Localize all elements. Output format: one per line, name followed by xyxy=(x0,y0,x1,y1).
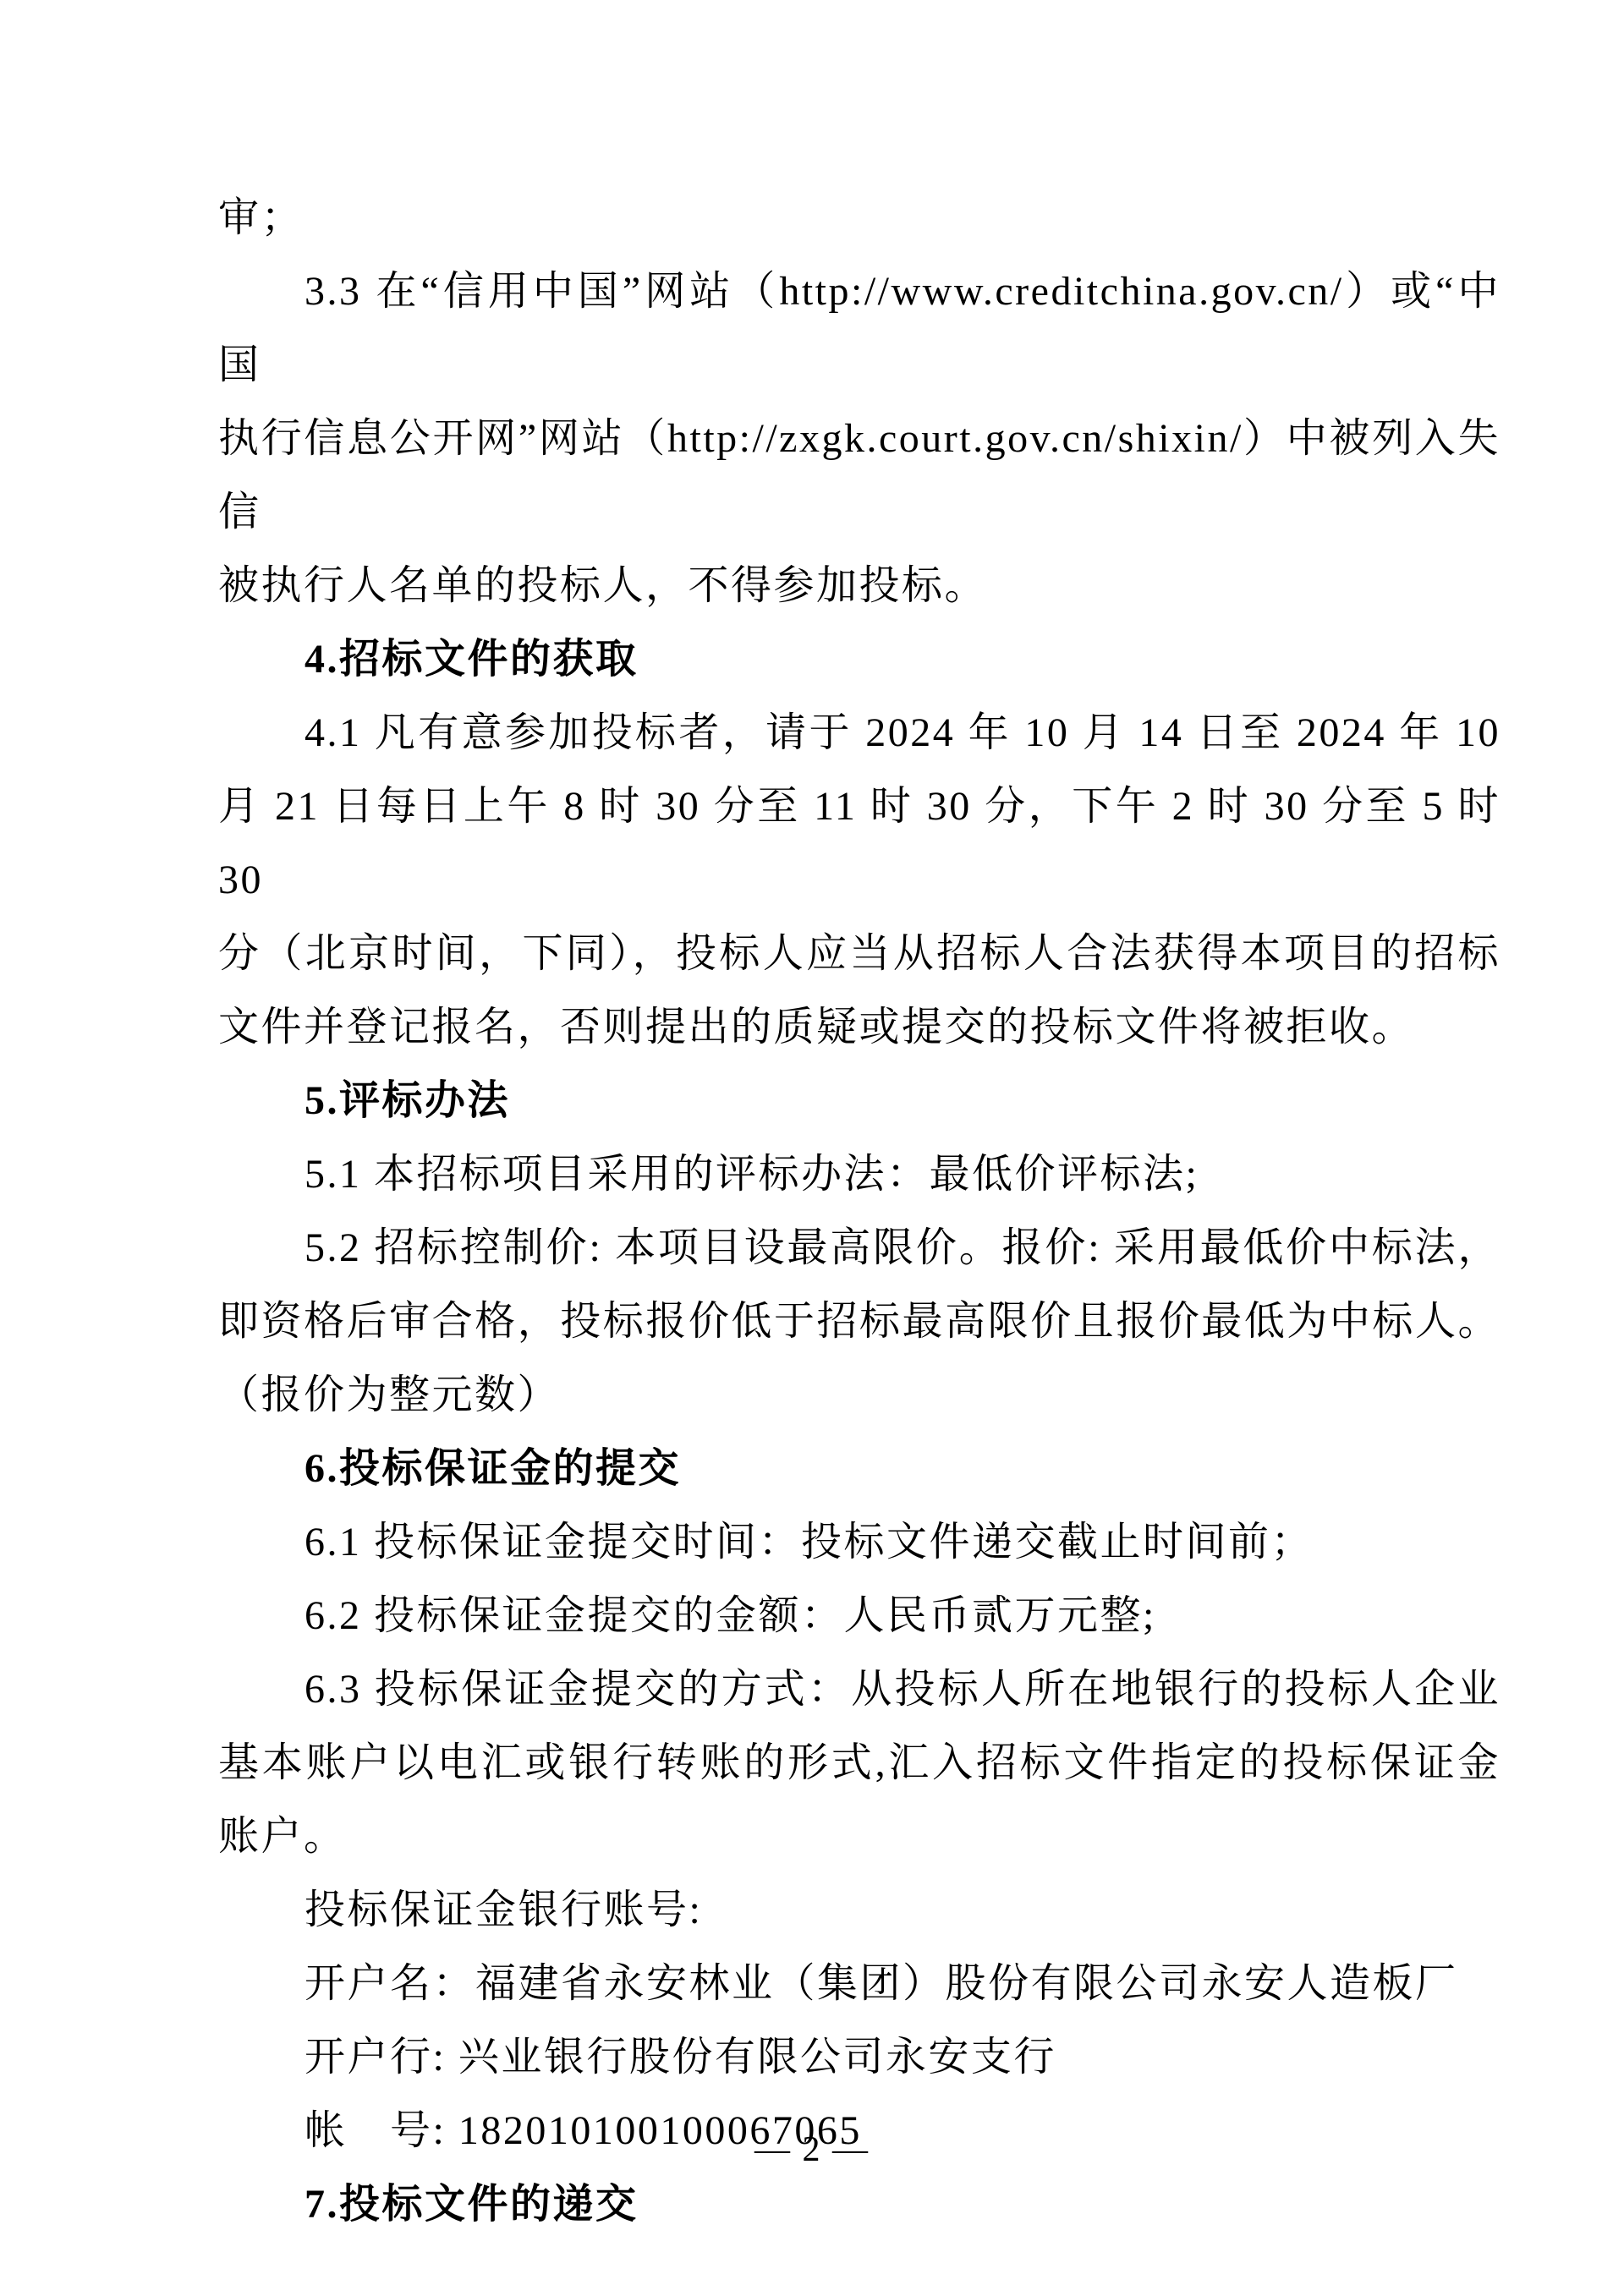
text-line: 执行信息公开网”网站（http://zxgk.court.gov.cn/shix… xyxy=(218,402,1501,549)
text-line: 6.2 投标保证金提交的金额：人民币贰万元整; xyxy=(218,1579,1501,1652)
text-line: 审； xyxy=(218,181,1501,255)
page-number: — 2 — xyxy=(0,2124,1624,2175)
text-line: 5.1 本招标项目采用的评标办法：最低价评标法; xyxy=(218,1137,1501,1211)
text-line: 3.3 在“信用中国”网站（http://www.creditchina.gov… xyxy=(218,255,1501,402)
text-line: 6.1 投标保证金提交时间：投标文件递交截止时间前； xyxy=(218,1505,1501,1579)
text-line: 分（北京时间，下同），投标人应当从招标人合法获得本项目的招标 xyxy=(218,917,1501,990)
text-line: （报价为整元数） xyxy=(218,1358,1501,1432)
text-line: 4.1 凡有意参加投标者，请于 2024 年 10 月 14 日至 2024 年… xyxy=(218,696,1501,770)
text-line: 即资格后审合格，投标报价低于招标最高限价且报价最低为中标人。 xyxy=(218,1285,1501,1358)
text-line: 开户行: 兴业银行股份有限公司永安支行 xyxy=(218,2020,1501,2094)
section-heading: 4.招标文件的获取 xyxy=(218,622,1501,696)
text-line: 基本账户以电汇或银行转账的形式,汇入招标文件指定的投标保证金 xyxy=(218,1726,1501,1800)
text-line: 账户。 xyxy=(218,1800,1501,1873)
text-line: 投标保证金银行账号: xyxy=(218,1873,1501,1947)
section-heading: 7.投标文件的递交 xyxy=(218,2167,1501,2241)
text-line: 月 21 日每日上午 8 时 30 分至 11 时 30 分，下午 2 时 30… xyxy=(218,770,1501,917)
text-line: 5.2 招标控制价: 本项目设最高限价。报价: 采用最低价中标法， xyxy=(218,1211,1501,1285)
text-line: 开户名：福建省永安林业（集团）股份有限公司永安人造板厂 xyxy=(218,1947,1501,2020)
document-page: 审；3.3 在“信用中国”网站（http://www.creditchina.g… xyxy=(0,0,1624,2296)
text-line: 6.3 投标保证金提交的方式：从投标人所在地银行的投标人企业 xyxy=(218,1652,1501,1726)
document-body: 审；3.3 在“信用中国”网站（http://www.creditchina.g… xyxy=(218,181,1501,2241)
section-heading: 5.评标办法 xyxy=(218,1064,1501,1137)
text-line: 被执行人名单的投标人，不得参加投标。 xyxy=(218,549,1501,622)
section-heading: 6.投标保证金的提交 xyxy=(218,1432,1501,1505)
text-line: 文件并登记报名，否则提出的质疑或提交的投标文件将被拒收。 xyxy=(218,990,1501,1064)
